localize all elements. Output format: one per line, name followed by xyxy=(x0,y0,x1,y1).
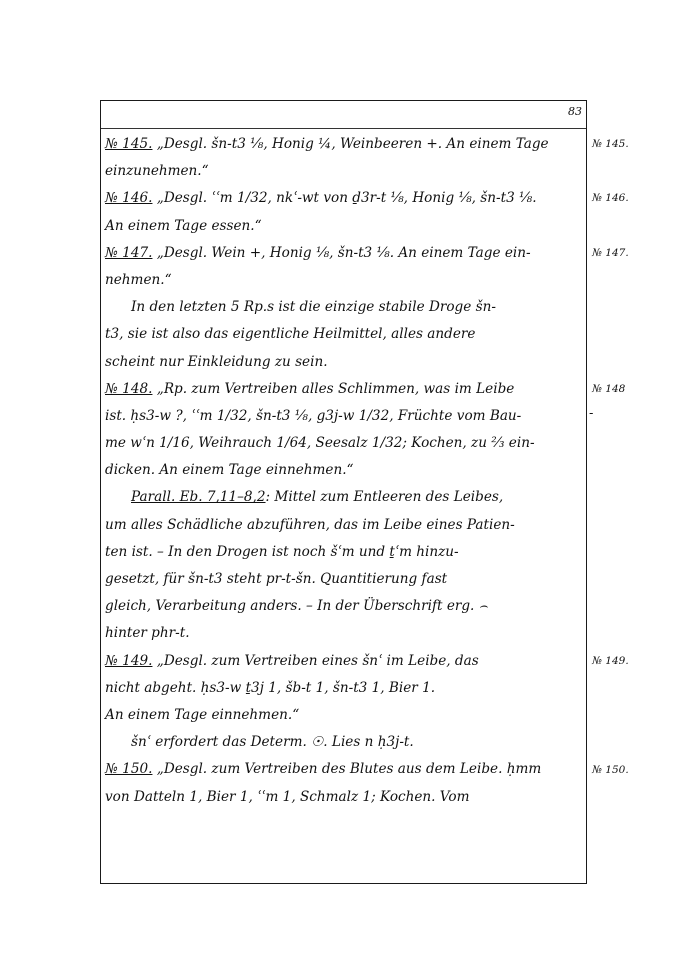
text-line: von Datteln 1, Bier 1, ʿʿm 1, Schmalz 1;… xyxy=(105,784,580,811)
line-text: t3, sie ist also das eigentliche Heilmit… xyxy=(105,326,475,342)
entry-number: № 150. xyxy=(105,761,152,777)
entry-number: № 145. xyxy=(105,136,152,152)
entry-line: № 145. „Desgl. šn-t3 ⅛, Honig ¼, Weinbee… xyxy=(105,131,580,158)
text-line: scheint nur Einkleidung zu sein. xyxy=(105,349,580,376)
line-text: „Desgl. ʿʿm 1/32, nkʿ-wt von ḏ3r-t ⅛, Ho… xyxy=(152,190,536,206)
line-text: einzunehmen.“ xyxy=(105,163,209,179)
line-text: gleich, Verarbeitung anders. – In der Üb… xyxy=(105,598,488,614)
text-line: An einem Tage einnehmen.“ xyxy=(105,702,580,729)
text-line: t3, sie ist also das eigentliche Heilmit… xyxy=(105,321,580,348)
line-text: nehmen.“ xyxy=(105,272,172,288)
text-line: um alles Schädliche abzuführen, das im L… xyxy=(105,512,580,539)
text-line: Parall. Eb. 7,11–8,2: Mittel zum Entleer… xyxy=(105,484,580,511)
line-text: ten ist. – In den Drogen ist noch šʿm un… xyxy=(105,544,459,560)
margin-entry-number: № 150. xyxy=(592,764,629,776)
text-line: nicht abgeht. ḥs3-w ṯ3j 1, šb-t 1, šn-t3… xyxy=(105,675,580,702)
text-line: gleich, Verarbeitung anders. – In der Üb… xyxy=(105,593,580,620)
margin-notes-column: № 145.№ 146.№ 147.№ 148№ 149.№ 150. xyxy=(592,100,672,884)
line-text: scheint nur Einkleidung zu sein. xyxy=(105,354,328,370)
margin-entry-number: № 147. xyxy=(592,247,629,259)
entry-line: № 148. „Rp. zum Vertreiben alles Schlimm… xyxy=(105,376,580,403)
text-line: ist. ḥs3-w ?, ʿʿm 1/32, šn-t3 ⅛, g3j-w 1… xyxy=(105,403,580,430)
margin-entry-number: № 146. xyxy=(592,192,629,204)
line-text: : Mittel zum Entleeren des Leibes, xyxy=(266,489,504,505)
line-text: An einem Tage einnehmen.“ xyxy=(105,707,299,723)
manuscript-page-frame: 83 № 145. „Desgl. šn-t3 ⅛, Honig ¼, Wein… xyxy=(100,100,587,884)
text-line: An einem Tage essen.“ xyxy=(105,213,580,240)
line-text: An einem Tage essen.“ xyxy=(105,218,262,234)
text-line: me wʿn 1/16, Weihrauch 1/64, Seesalz 1/3… xyxy=(105,430,580,457)
line-text: von Datteln 1, Bier 1, ʿʿm 1, Schmalz 1;… xyxy=(105,789,469,805)
line-text: In den letzten 5 Rp.s ist die einzige st… xyxy=(131,299,496,315)
text-line: dicken. An einem Tage einnehmen.“ xyxy=(105,457,580,484)
parallel-reference: Parall. Eb. 7,11–8,2 xyxy=(131,489,266,505)
entry-line: № 150. „Desgl. zum Vertreiben des Blutes… xyxy=(105,756,580,783)
line-text: me wʿn 1/16, Weihrauch 1/64, Seesalz 1/3… xyxy=(105,435,535,451)
line-text: „Desgl. zum Vertreiben des Blutes aus de… xyxy=(152,761,541,777)
text-line: šnʿ erfordert das Determ. ☉. Lies n ḥ3j-… xyxy=(105,729,580,756)
margin-entry-number: № 148 xyxy=(592,383,625,395)
line-text: um alles Schädliche abzuführen, das im L… xyxy=(105,517,515,533)
line-text: „Desgl. šn-t3 ⅛, Honig ¼, Weinbeeren +. … xyxy=(152,136,548,152)
entry-number: № 149. xyxy=(105,653,152,669)
page-number: 83 xyxy=(568,105,582,118)
entry-number: № 147. xyxy=(105,245,152,261)
text-line: ten ist. – In den Drogen ist noch šʿm un… xyxy=(105,539,580,566)
line-text: „Desgl. zum Vertreiben eines šnʿ im Leib… xyxy=(152,653,478,669)
line-text: nicht abgeht. ḥs3-w ṯ3j 1, šb-t 1, šn-t3… xyxy=(105,680,435,696)
entry-line: № 147. „Desgl. Wein +, Honig ⅛, šn-t3 ⅛.… xyxy=(105,240,580,267)
line-text: šnʿ erfordert das Determ. ☉. Lies n ḥ3j-… xyxy=(131,734,414,750)
margin-entry-number: № 145. xyxy=(592,138,629,150)
entry-line: № 149. „Desgl. zum Vertreiben eines šnʿ … xyxy=(105,648,580,675)
margin-entry-number: № 149. xyxy=(592,655,629,667)
line-text: hinter phr-t. xyxy=(105,625,190,641)
line-text: ist. ḥs3-w ?, ʿʿm 1/32, šn-t3 ⅛, g3j-w 1… xyxy=(105,408,521,424)
entry-line: № 146. „Desgl. ʿʿm 1/32, nkʿ-wt von ḏ3r-… xyxy=(105,185,580,212)
entry-number: № 148. xyxy=(105,381,152,397)
text-line: einzunehmen.“ xyxy=(105,158,580,185)
text-line: nehmen.“ xyxy=(105,267,580,294)
line-text: gesetzt, für šn-t3 steht pr-t-šn. Quanti… xyxy=(105,571,447,587)
line-text: „Rp. zum Vertreiben alles Schlimmen, was… xyxy=(152,381,514,397)
text-line: In den letzten 5 Rp.s ist die einzige st… xyxy=(105,294,580,321)
line-overhang-hyphen: - xyxy=(589,406,593,421)
line-text: „Desgl. Wein +, Honig ⅛, šn-t3 ⅛. An ein… xyxy=(152,245,530,261)
line-text: dicken. An einem Tage einnehmen.“ xyxy=(105,462,353,478)
text-line: gesetzt, für šn-t3 steht pr-t-šn. Quanti… xyxy=(105,566,580,593)
text-line: hinter phr-t. xyxy=(105,620,580,647)
entry-number: № 146. xyxy=(105,190,152,206)
handwritten-text-body: № 145. „Desgl. šn-t3 ⅛, Honig ¼, Weinbee… xyxy=(105,131,580,811)
header-rule xyxy=(101,128,586,129)
